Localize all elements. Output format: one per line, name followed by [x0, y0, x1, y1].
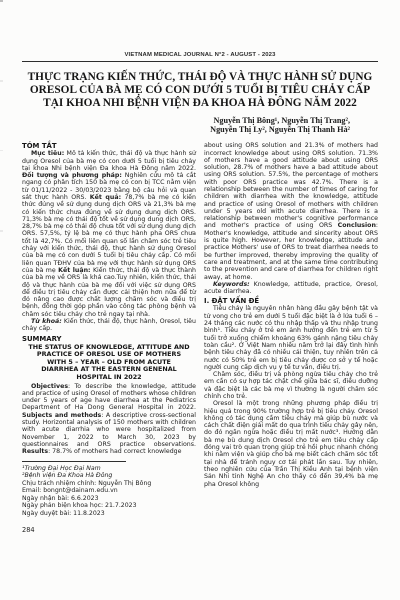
- authors-line-2: Nguyễn Thị Ly², Nguyễn Thị Thanh Hà²: [22, 125, 350, 135]
- keywords-en-label: Keywords:: [213, 281, 250, 288]
- authors-line-1: Nguyễn Thị Bông¹, Nguyễn Thị Trang²,: [22, 116, 350, 126]
- intro-paragraph-3: Oresol là một trong những phương pháp đi…: [204, 400, 378, 488]
- footnote-corresponding-author: Chịu trách nhiệm chính: Nguyễn Thị Bông: [22, 480, 196, 488]
- summary-paragraph: Objectives: To describe the knowledge, a…: [22, 383, 196, 456]
- two-column-body: TÓM TẮT Mục tiêu: Mô tả kiến thức, thái …: [22, 142, 378, 534]
- footnote-block: ¹Trường Đại Học Đại Nam ²Bệnh viện Đa Kh…: [22, 465, 196, 518]
- keywords-en-paragraph: Keywords: Knowledge, attitude, practice,…: [204, 281, 378, 296]
- article-title-line-1: THỰC TRẠNG KIẾN THỨC, THÁI ĐỘ VÀ THỰC HÀ…: [22, 71, 378, 84]
- summary-conclusion-text: : Mother's knowledge, attitude and since…: [204, 222, 378, 280]
- article-title-line-2: ORESOL CỦA BÀ MẸ CÓ CON DƯỚI 5 TUỔI BỊ T…: [22, 84, 378, 97]
- page-content: VIETNAM MEDICAL JOURNAL N°2 - AUGUST - 2…: [0, 0, 400, 534]
- intro-paragraph-2: Chăm sóc, điều trị và phòng ngừa tiêu ch…: [204, 371, 378, 400]
- journal-header: VIETNAM MEDICAL JOURNAL N°2 - AUGUST - 2…: [22, 52, 378, 62]
- summary-english-title: THE STATUS OF KNOWLEDGE, ATTITUDE AND PR…: [28, 344, 190, 382]
- scan-edge-artifact: [0, 0, 3, 600]
- footnote-date-accepted: Ngày duyệt bài: 11.8.2023: [22, 510, 196, 518]
- intro-paragraph-1: Tiêu chảy là nguyên nhân hàng đầu gây bệ…: [204, 305, 378, 371]
- summary-conclusion-label: Conclusion: [338, 222, 376, 229]
- abstract-conclusion-label: Kết luận:: [58, 267, 90, 274]
- abstract-results-label: Kết quả:: [90, 194, 121, 201]
- summary-heading: SUMMARY: [22, 335, 196, 343]
- summary-subjects-label: Subjects and methods: [22, 412, 101, 419]
- left-column: TÓM TẮT Mục tiêu: Mô tả kiến thức, thái …: [22, 142, 196, 534]
- summary-objectives-label: Objectives: [31, 383, 68, 390]
- summary-results-text-right: about using ORS solution and 21.3% of mo…: [204, 142, 378, 229]
- authors-block: Nguyễn Thị Bông¹, Nguyễn Thị Trang², Ngu…: [22, 116, 378, 136]
- journal-page: VIETNAM MEDICAL JOURNAL N°2 - AUGUST - 2…: [0, 0, 400, 600]
- abstract-heading: TÓM TẮT: [22, 142, 196, 150]
- abstract-objective-label: Mục tiêu:: [31, 150, 64, 157]
- summary-results-text-left: : 78.7% of mothers had correct knowledge: [48, 448, 181, 455]
- footnote-date-received: Ngày nhận bài: 6.6.2023: [22, 495, 196, 503]
- summary-continued-paragraph: about using ORS solution and 21.3% of mo…: [204, 142, 378, 281]
- abstract-paragraph: Mục tiêu: Mô tả kiến thức, thái độ và th…: [22, 150, 196, 318]
- footnote-divider: [22, 461, 126, 462]
- keywords-vi-label: Từ khoá:: [31, 318, 62, 325]
- article-title-line-3: TẠI KHOA NHI BỆNH VIỆN ĐA KHOA HÀ ĐÔNG N…: [22, 97, 378, 110]
- abstract-conclusion-text: Kiến thức, thái độ và thực thành của bà …: [22, 267, 196, 318]
- footnote-date-reviewed: Ngày phản biện khoa học: 21.7.2023: [22, 502, 196, 510]
- page-number: 284: [22, 527, 196, 534]
- keywords-vi-paragraph: Từ khoá: Kiến thức, thái độ, thực hành, …: [22, 318, 196, 333]
- footnote-email: Email: bongnt@dainam.edu.vn: [22, 487, 196, 495]
- summary-results-label: Results: [22, 448, 48, 455]
- footnote-affiliation-1: ¹Trường Đại Học Đại Nam: [22, 465, 196, 473]
- footnote-affiliation-2: ²Bệnh viện Đa Khoa Hà Đông: [22, 472, 196, 480]
- article-title: THỰC TRẠNG KIẾN THỨC, THÁI ĐỘ VÀ THỰC HÀ…: [22, 71, 378, 111]
- right-column: about using ORS solution and 21.3% of mo…: [204, 142, 378, 534]
- abstract-results-text: 78,7% bà mẹ có kiến thức đúng về sử dụng…: [22, 194, 196, 274]
